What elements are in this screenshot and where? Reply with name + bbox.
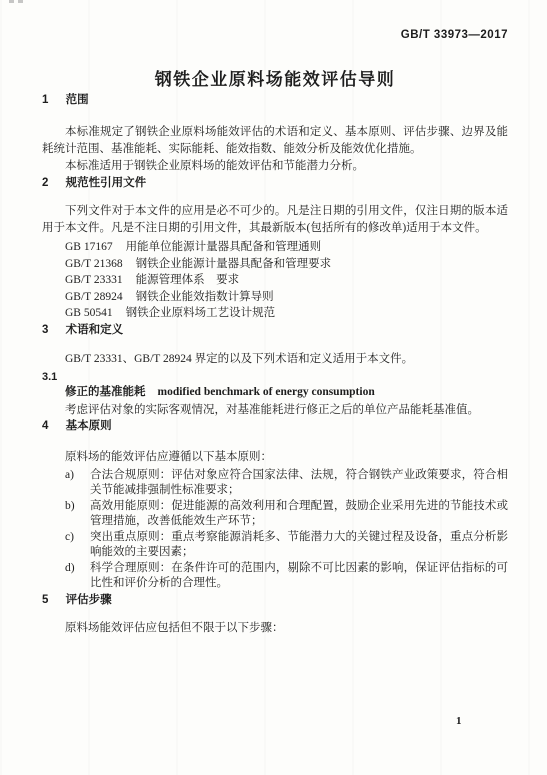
reference-code: GB/T 23331	[65, 274, 123, 286]
terms-intro-paragraph: GB/T 23331、GB/T 28924 界定的以及下列术语和定义适用于本文件…	[42, 351, 508, 368]
section-number: 3	[42, 322, 48, 338]
list-item-text: 突出重点原则：重点考察能源消耗多、节能潜力大的关键过程及设备，重点分析影响能效的…	[90, 531, 508, 559]
list-item-text: 合法合规原则：评估对象应符合国家法律、法规，符合钢铁产业政策要求，符合相关节能减…	[90, 469, 508, 497]
scan-artifact	[9, 0, 14, 3]
section-title: 基本原则	[66, 420, 112, 432]
list-item-label: c)	[65, 530, 74, 546]
section-2-heading: 2 规范性引用文件	[42, 175, 508, 191]
section-title: 术语和定义	[66, 324, 124, 336]
principle-item: d)科学合理原则：在条件许可的范围内，剔除不可比因素的影响，保证评估指标的可比性…	[42, 561, 508, 592]
reference-item: GB 50541钢铁企业原料场工艺设计规范	[65, 305, 508, 322]
list-item-text: 高效用能原则：促进能源的高效利用和合理配置，鼓励企业采用先进的节能技术或管理措施…	[90, 500, 508, 528]
reference-item: GB 17167用能单位能源计量器具配备和管理通则	[65, 239, 508, 256]
list-item-label: a)	[65, 468, 74, 484]
reference-item: GB/T 21368钢铁企业能源计量器具配备和管理要求	[65, 256, 508, 273]
term-entry: 修正的基准能耗modified benchmark of energy cons…	[65, 385, 508, 400]
list-item-label: b)	[65, 499, 75, 515]
reference-code: GB 17167	[65, 241, 113, 253]
principles-intro-paragraph: 原料场的能效评估应遵循以下基本原则：	[42, 449, 508, 466]
section-number: 1	[42, 92, 48, 108]
document-title: 钢铁企业原料场能效评估导则	[42, 68, 508, 92]
scope-paragraph-2: 本标准适用于钢铁企业原料场的能效评估和节能潜力分析。	[42, 158, 508, 175]
reference-name: 钢铁企业能源计量器具配备和管理要求	[136, 258, 332, 270]
section-4-heading: 4 基本原则	[42, 418, 508, 434]
list-item-text: 科学合理原则：在条件许可的范围内，剔除不可比因素的影响，保证评估指标的可比性和评…	[90, 562, 508, 590]
reference-code: GB/T 28924	[65, 291, 123, 303]
term-chinese: 修正的基准能耗	[65, 386, 146, 398]
list-item-label: d)	[65, 561, 75, 577]
section-number: 2	[42, 175, 48, 191]
section-number: 4	[42, 418, 48, 434]
reference-code: GB 50541	[65, 307, 113, 319]
principle-list: a)合法合规原则：评估对象应符合国家法律、法规，符合钢铁产业政策要求，符合相关节…	[42, 468, 508, 592]
section-5-heading: 5 评估步骤	[42, 592, 508, 608]
term-definition: 考虑评估对象的实际客观情况，对基准能耗进行修正之后的单位产品能耗基准值。	[42, 403, 508, 418]
page-number: 1	[456, 714, 462, 728]
steps-intro-paragraph: 原料场能效评估应包括但不限于以下步骤：	[42, 620, 508, 637]
reference-item: GB/T 23331能源管理体系 要求	[65, 272, 508, 289]
reference-name: 能源管理体系 要求	[136, 274, 240, 286]
section-title: 规范性引用文件	[66, 177, 147, 189]
reference-name: 用能单位能源计量器具配备和管理通则	[126, 241, 322, 253]
reference-list: GB 17167用能单位能源计量器具配备和管理通则 GB/T 21368钢铁企业…	[65, 239, 508, 322]
section-1-heading: 1 范围	[42, 92, 508, 108]
section-title: 范围	[66, 94, 89, 106]
reference-name: 钢铁企业原料场工艺设计规范	[126, 307, 276, 319]
term-number: 3.1	[42, 370, 508, 385]
section-title: 评估步骤	[66, 594, 112, 606]
principle-item: c)突出重点原则：重点考察能源消耗多、节能潜力大的关键过程及设备，重点分析影响能…	[42, 530, 508, 561]
section-3-heading: 3 术语和定义	[42, 322, 508, 338]
principle-item: b)高效用能原则：促进能源的高效利用和合理配置，鼓励企业采用先进的节能技术或管理…	[42, 499, 508, 530]
principle-item: a)合法合规原则：评估对象应符合国家法律、法规，符合钢铁产业政策要求，符合相关节…	[42, 468, 508, 499]
reference-code: GB/T 21368	[65, 258, 123, 270]
document-page: GB/T 33973—2017 钢铁企业原料场能效评估导则 1 范围 本标准规定…	[0, 0, 547, 775]
section-number: 5	[42, 592, 48, 608]
reference-name: 钢铁企业能效指数计算导则	[136, 291, 274, 303]
reference-item: GB/T 28924钢铁企业能效指数计算导则	[65, 289, 508, 306]
scope-paragraph-1: 本标准规定了钢铁企业原料场能效评估的术语和定义、基本原则、评估步骤、边界及能耗统…	[42, 124, 508, 158]
term-english: modified benchmark of energy consumption	[158, 386, 375, 398]
standard-code: GB/T 33973—2017	[42, 28, 508, 42]
references-intro-paragraph: 下列文件对于本文件的应用是必不可少的。凡是注日期的引用文件，仅注日期的版本适用于…	[42, 203, 508, 237]
